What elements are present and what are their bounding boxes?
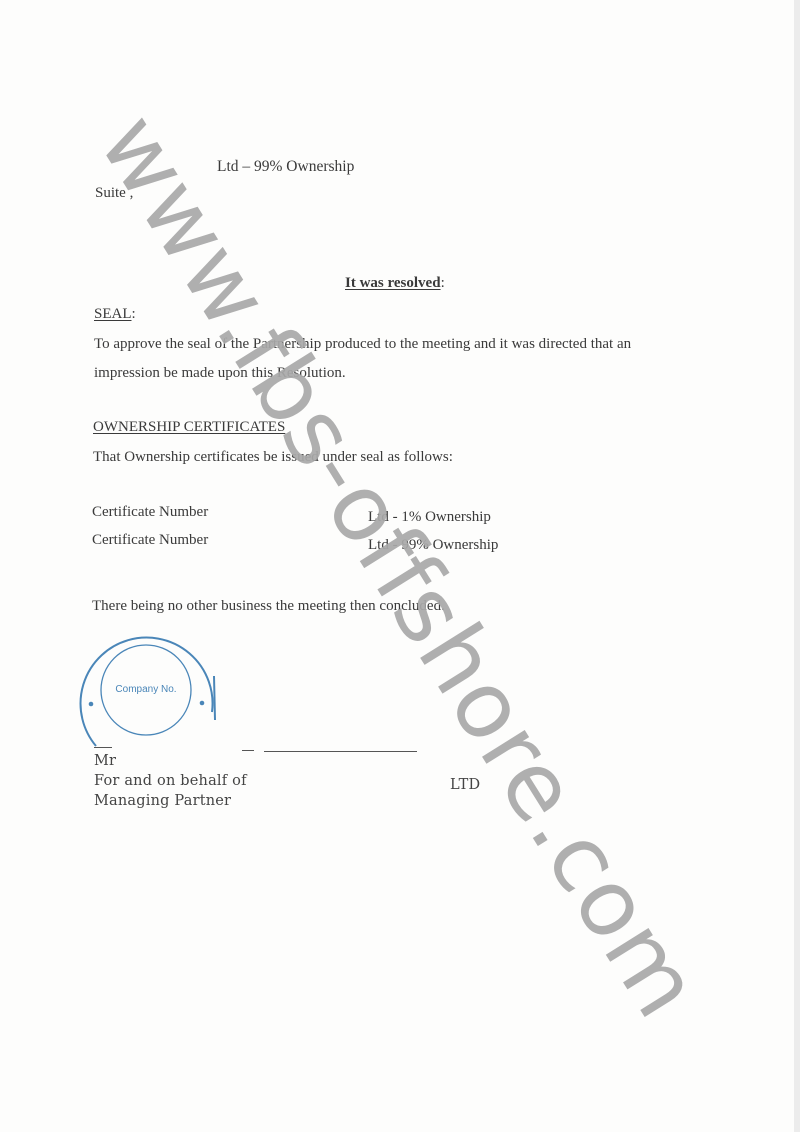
address-line: Suite , <box>95 184 133 202</box>
certificate-row-2-value: Ltd - 99% Ownership <box>368 536 498 554</box>
certificates-intro: That Ownership certificates be issued un… <box>93 448 453 466</box>
signature-mark <box>94 747 112 748</box>
certificate-row-1-label: Certificate Number <box>92 503 208 521</box>
certificates-section-title: OWNERSHIP CERTIFICATES <box>93 418 285 436</box>
document-page: Ltd – 99% Ownership Suite , It was resol… <box>0 0 800 1132</box>
ownership-line: Ltd – 99% Ownership <box>217 158 354 176</box>
seal-paragraph-line-1: To approve the seal of the Partnership p… <box>94 335 631 353</box>
watermark: www.fbs-offshore.com <box>79 96 722 1036</box>
resolution-heading-colon: : <box>441 275 445 291</box>
closing-statement: There being no other business the meetin… <box>92 597 445 615</box>
resolution-heading: It was resolved: <box>345 274 445 292</box>
signature-line <box>264 751 417 752</box>
signatory-role: Managing Partner <box>94 792 231 810</box>
company-suffix: LTD <box>450 776 480 794</box>
seal-section-title: SEAL: <box>94 305 136 323</box>
seal-title-text: SEAL <box>94 306 132 322</box>
page-edge-shadow <box>794 0 800 1132</box>
behalf-line: For and on behalf of <box>94 772 247 790</box>
certificate-row-1-value: Ltd - 1% Ownership <box>368 508 491 526</box>
resolution-heading-text: It was resolved <box>345 275 441 291</box>
signature-dash <box>242 750 254 751</box>
stamp-text: Company No. <box>115 684 176 695</box>
company-stamp-icon: Company No. <box>74 624 224 754</box>
certificate-row-2-label: Certificate Number <box>92 531 208 549</box>
signatory-name: Mr <box>94 752 116 770</box>
seal-paragraph-line-2: impression be made upon this Resolution. <box>94 364 346 382</box>
seal-title-colon: : <box>132 306 136 322</box>
